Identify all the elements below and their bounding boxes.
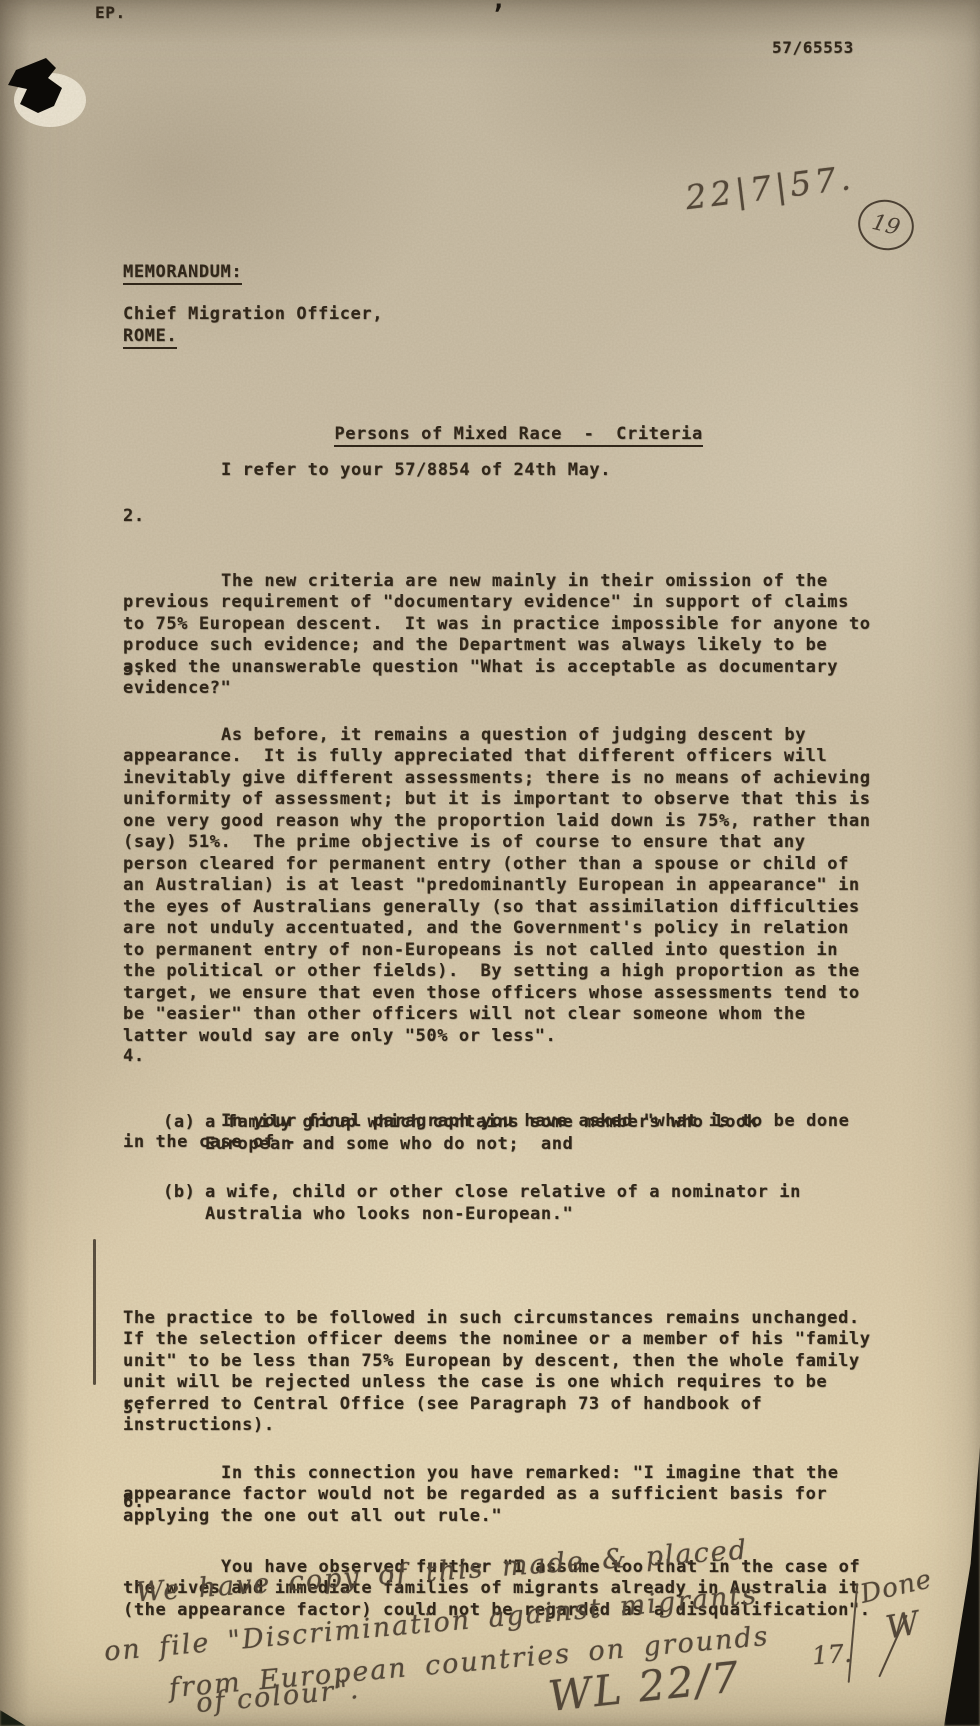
photo-corner-shadow-left <box>0 1710 26 1726</box>
torn-hole <box>0 46 96 138</box>
list-item-b: (b) a wife, child or other close relativ… <box>163 1182 831 1225</box>
handwritten-date: 22|7|57. <box>683 158 856 217</box>
paragraph-6-number: 6. <box>123 1492 145 1514</box>
paragraph-5-number: 5. <box>123 1398 145 1420</box>
recipient-location: ROME. <box>123 326 177 348</box>
memorandum-label: MEMORANDUM: <box>123 262 242 284</box>
margin-emphasis-line <box>93 1239 96 1385</box>
list-item-a: (a) a family group which contains some m… <box>163 1112 831 1155</box>
circled-folio-number: 19 <box>853 194 919 256</box>
opening-paragraph: I refer to your 57/8854 of 24th May. <box>123 460 871 482</box>
typist-initials: EP. <box>95 2 126 24</box>
paragraph-3: 3. As before, it remains a question of j… <box>123 660 871 1090</box>
stray-ink-mark: ’ <box>490 0 506 30</box>
photo-corner-shadow-right <box>944 1446 980 1726</box>
list-item-b-letter: (b) <box>163 1182 205 1225</box>
document-title: Persons of Mixed Race - Criteria <box>123 402 871 467</box>
list-item-a-letter: (a) <box>163 1112 205 1155</box>
handwritten-note-number: 17. <box>811 1639 853 1671</box>
file-number: 57/65553 <box>772 37 854 59</box>
paragraph-3-text: As before, it remains a question of judg… <box>123 725 871 1048</box>
paragraph-4-number: 4. <box>123 1046 145 1068</box>
folio-number-text: 19 <box>869 209 902 240</box>
list-item-b-text: a wife, child or other close relative of… <box>205 1182 831 1225</box>
document-page: EP. ’ 57/65553 22|7|57. 19 MEMORANDUM: C… <box>0 0 980 1726</box>
paragraph-3-number: 3. <box>123 660 145 682</box>
list-item-a-text: a family group which contains some membe… <box>205 1112 831 1155</box>
paragraph-2-number: 2. <box>123 506 145 528</box>
recipient-name: Chief Migration Officer, <box>123 304 383 326</box>
